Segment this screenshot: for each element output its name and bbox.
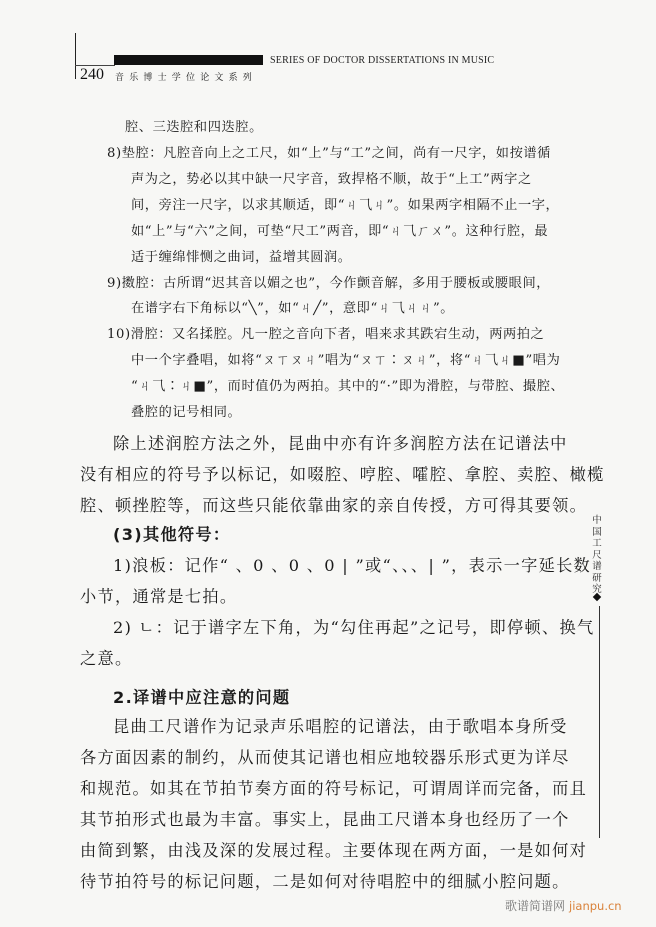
text-line: 除上述润腔方法之外，昆曲中亦有许多润腔方法在记谱法中 (113, 430, 568, 454)
series-title-en: SERIES OF DOCTOR DISSERTATIONS IN MUSIC (270, 55, 494, 66)
text-line: 由简到繁，由浅及深的发展过程。主要体现在两方面，一是如何对 (80, 837, 587, 861)
page-number: 240 (80, 66, 104, 84)
watermark-site: jianpu.cn (569, 899, 622, 913)
text-line: 和规范。如其在节拍节奏方面的符号标记，可谓周详而完备，而且 (80, 775, 587, 799)
text-line: 10)滑腔：又名揉腔。凡一腔之音向下者，唱来求其跌宕生动，两两拍之 (107, 323, 544, 342)
side-tab-title: 中国工尺谱研究 (591, 515, 603, 596)
text-line: “ㄐ⺄∶ㄐ■”，而时值仍为两拍。其中的“·”即为滑腔，与带腔、撮腔、 (131, 375, 564, 394)
text-line: 适于缠绵悱恻之曲词，益增其圆润。 (131, 246, 352, 265)
text-line: 其节拍形式也最为丰富。事实上，昆曲工尺谱本身也经历了一个 (80, 806, 570, 830)
text-line: 腔、三迭腔和四迭腔。 (125, 116, 263, 135)
header-vertical-rule (75, 33, 76, 79)
text-line: 在谱字右下角标以“╲”，如“ㄐ╱”，意即“ㄐ⺄ㄐㄐ”。 (131, 297, 454, 316)
text-line: 之意。 (80, 645, 132, 669)
section-heading: 2.译谱中应注意的问题 (113, 684, 290, 708)
text-line: 如“上”与“六”之间，可垫“尺工”两音，即“ㄐ⺄ㄏㄨ”。这种行腔，最 (131, 220, 548, 239)
text-line: 间，旁注一尺字，以求其顺适，即“ㄐ⺄ㄐ”。如果两字相隔不止一字， (131, 194, 559, 213)
text-line: 2) ㄴ：记于谱字左下角，为“勾住再起”之记号，即停顿、换气 (113, 614, 594, 638)
text-line: 9)擞腔：古所谓“迟其音以媚之也”，今作颤音解，多用于腰板或腰眼间， (107, 272, 550, 291)
text-line: 昆曲工尺谱作为记录声乐唱腔的记谱法，由于歌唱本身所受 (113, 713, 568, 737)
header-black-bar (114, 55, 263, 65)
text-line: 没有相应的符号予以标记，如啜腔、哼腔、嚯腔、拿腔、卖腔、橄榄 (80, 461, 605, 485)
watermark-cn: 歌谱简谱网 (505, 899, 565, 913)
text-line: 小节，通常是七拍。 (80, 583, 237, 607)
text-line: 待节拍符号的标记问题，二是如何对待唱腔中的细腻小腔问题。 (80, 868, 570, 892)
text-line: 各方面因素的制约，从而使其记谱也相应地较器乐形式更为详尽 (80, 744, 570, 768)
series-title-cn: 音乐博士学位论文系列 (115, 70, 257, 83)
side-vertical-rule (599, 606, 600, 838)
section-heading: (3)其他符号： (113, 521, 230, 545)
text-line: 叠腔的记号相同。 (131, 401, 241, 420)
text-line: 1)浪板：记作“ 、0 、0 、0 | ”或“、、、| ”，表示一字延长数 (113, 552, 591, 576)
text-line: 声为之，势必以其中缺一尺字音，致捍格不顺，故于“上工”两字之 (131, 168, 532, 187)
watermark: 歌谱简谱网jianpu.cn (505, 897, 622, 914)
text-line: 中一个字叠唱，如将“ㄡㄒㄡㄐ”唱为“ㄡㄒ∶ㄡㄐ”，将“ㄐ⺄ㄐ■”唱为 (131, 349, 560, 368)
text-line: 腔、顿挫腔等，而这些只能依靠曲家的亲自传授，方可得其要领。 (80, 492, 587, 516)
text-line: 8)垫腔：凡腔音向上之工尺，如“上”与“工”之间，尚有一尺字，如按谱循 (107, 142, 551, 161)
